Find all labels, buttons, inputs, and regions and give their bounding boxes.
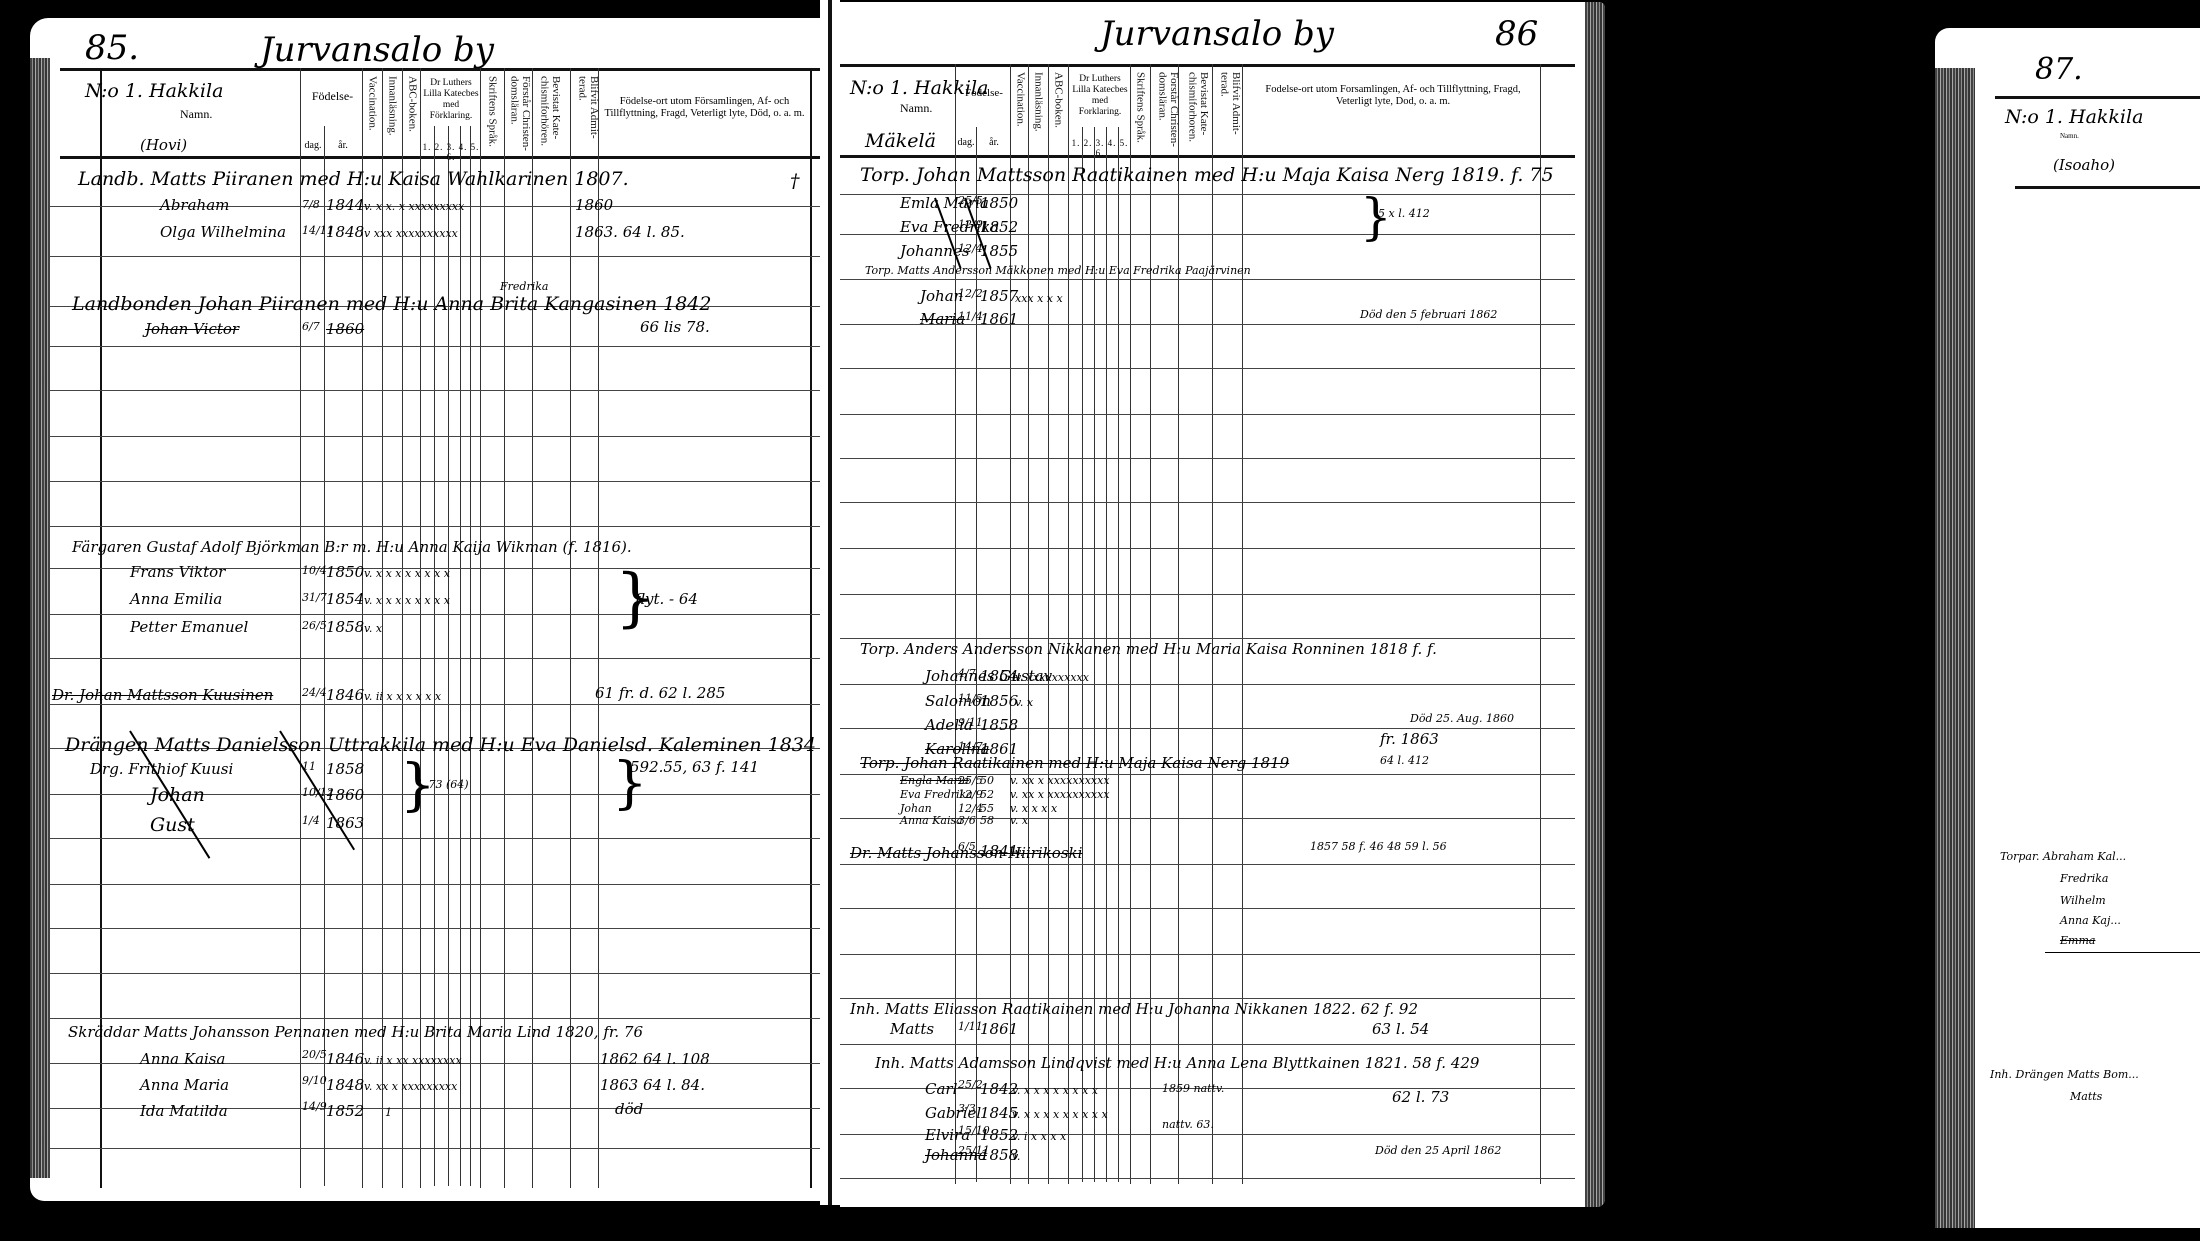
- birth-day: 14/9: [302, 1100, 327, 1113]
- header-admitterad: Blifvit Admit-terad.: [1218, 72, 1241, 152]
- birth-day: 3/3: [958, 1102, 976, 1115]
- entry-head: Drängen Matts Danielsson Uttrakkila med …: [65, 734, 816, 756]
- house-name: N:o 1. Hakkila: [85, 80, 223, 102]
- exam-marks: v. xxxxxxxxxx: [1015, 671, 1089, 684]
- birth-year: 1861: [980, 1020, 1018, 1038]
- entry-note: 61 fr. d. 62 l. 285: [595, 684, 725, 702]
- exam-marks: v xxx xxxxxxxxxx: [364, 227, 458, 240]
- row-rule: [50, 1148, 820, 1149]
- entry-note: död: [615, 1100, 643, 1118]
- header-forstar: Forstår Christen-domsläran.: [1156, 72, 1179, 152]
- birth-year: 1861: [980, 310, 1018, 328]
- row-rule: [50, 481, 820, 482]
- header-fodelseort: Fodelse-ort utom Forsamlingen, Af- och T…: [1248, 84, 1538, 108]
- row-rule: [50, 1018, 820, 1019]
- birth-year: 1858: [326, 760, 364, 778]
- header-ar: år.: [978, 137, 1010, 149]
- exam-marks: v. x: [1015, 696, 1033, 709]
- exam-marks: v. xx x xxxxxxxxxx: [1010, 774, 1110, 787]
- entry-head: Torp. Anders Andersson Nikkanen med H:u …: [860, 640, 1437, 658]
- page-number: 85.: [85, 28, 139, 68]
- birth-day: 1/4: [302, 814, 320, 827]
- birth-year: 1857: [980, 287, 1018, 305]
- row-rule: [840, 502, 1575, 503]
- entry-name: Wilhelm: [2060, 894, 2106, 907]
- page-number: 87.: [2035, 52, 2083, 87]
- exam-marks: v. x x x x x x x x: [364, 594, 450, 607]
- row-rule: [50, 526, 820, 527]
- entry-head: Torp. Johan Raatikainen med H:u Maja Kai…: [860, 754, 1289, 772]
- col-line: [570, 68, 571, 1188]
- house-subname: (Hovi): [140, 136, 187, 154]
- header-skrift: Skriftens Språk.: [1134, 72, 1146, 152]
- entry-note: 64 l. 412: [1380, 754, 1429, 767]
- birth-year: 1848: [326, 223, 364, 241]
- entry-name: Johan: [150, 784, 205, 806]
- row-rule: [50, 390, 820, 391]
- house-subname: Mäkelä: [865, 130, 936, 152]
- birth-day: 7/8: [302, 198, 320, 211]
- birth-year: 1854: [326, 590, 364, 608]
- header-ar: år.: [326, 140, 360, 152]
- header-bottom-rule: [2015, 186, 2200, 189]
- entry-note: 1860: [575, 196, 613, 214]
- entry-name: Emma: [2060, 934, 2095, 947]
- entry-note: 66 lis 78.: [640, 318, 710, 336]
- header-skrift: Skriftens Språk.: [486, 76, 498, 154]
- brace-note: 5 x l. 412: [1378, 207, 1430, 220]
- book-gutter: [820, 0, 840, 1205]
- entry-note: 1863 64 l. 84.: [600, 1076, 705, 1094]
- house-subname: (Isoaho): [2053, 156, 2115, 174]
- birth-day: 14/7: [958, 740, 983, 753]
- left-page-85: 85. Jurvansalo by N:o 1. Hakkila Namn. (…: [30, 18, 820, 1201]
- entry-head: Landb. Matts Piiranen med H:u Kaisa Wahl…: [78, 168, 629, 190]
- birth-day: 6/7: [302, 320, 320, 333]
- birth-day: 12/9: [958, 218, 983, 231]
- header-rule: [840, 64, 1575, 67]
- birth-day: 24/4: [302, 686, 327, 699]
- row-rule: [840, 998, 1575, 999]
- birth-year: 1860: [326, 786, 364, 804]
- page-edge: [1935, 68, 1975, 1228]
- birth-year: 1850: [326, 563, 364, 581]
- entry-note: Död 25. Aug. 1860: [1410, 712, 1514, 725]
- birth-year: 1844: [326, 196, 364, 214]
- birth-year: 50: [980, 774, 994, 787]
- col-line: [504, 68, 505, 1188]
- header-katekes: Dr Luthers Lilla Katecbes med Förklaring…: [422, 78, 480, 122]
- entry-head: Inh. Matts Adamsson Lindqvist med H:u An…: [875, 1054, 1479, 1072]
- death-mark: †: [790, 170, 800, 192]
- birth-year: 1856: [980, 692, 1018, 710]
- header-fodelse: Födelse-: [305, 90, 360, 104]
- entry-note-above: Fredrika: [500, 280, 548, 293]
- exam-marks: v. i x x x x: [1012, 1130, 1066, 1143]
- header-namn: Namn.: [900, 102, 932, 116]
- header-vaccination: Vaccination.: [366, 76, 378, 154]
- birth-day: 11/4: [958, 310, 983, 323]
- entry-head: Inh. Matts Eliasson Raatikainen med H:u …: [850, 1000, 1418, 1018]
- entry-subname: Matts: [890, 1020, 934, 1038]
- page-number: 86: [1495, 14, 1538, 54]
- exam-marks: v. x: [1010, 814, 1028, 827]
- exam-marks: v. x x x x x x x x: [1012, 1084, 1098, 1097]
- col-line: [300, 68, 301, 1188]
- row-rule: [50, 838, 820, 839]
- birth-year: 1852: [980, 218, 1018, 236]
- header-katekes-nums: 1. 2. 3. 4. 5. 6.: [1070, 138, 1130, 159]
- entry-name: Johan Victor: [145, 320, 239, 338]
- birth-day: 20/5: [302, 1048, 327, 1061]
- exam-marks: v.: [1012, 1150, 1020, 1163]
- entry-head: Torp. Johan Mattsson Raatikainen med H:u…: [860, 164, 1554, 186]
- page-edge: [30, 58, 50, 1178]
- entry-name: Anna Kaisa: [900, 814, 963, 827]
- header-dag: dag.: [956, 137, 976, 149]
- entry-name: Matts: [2070, 1090, 2102, 1103]
- entry-name: Fredrika: [2060, 872, 2108, 885]
- birth-year: 1858: [326, 618, 364, 636]
- exam-marks: 1: [385, 1106, 392, 1119]
- header-bottom-rule: [840, 155, 1575, 158]
- header-fodelseort: Födelse-ort utom Församlingen, Af- och T…: [602, 96, 807, 120]
- exam-marks: v. ii x xx xxxxxxxx: [364, 1054, 462, 1067]
- header-abc: ABC-boken.: [406, 76, 418, 154]
- row-rule: [50, 884, 820, 885]
- birth-day: 12/2: [958, 287, 983, 300]
- header-rule: [60, 68, 820, 71]
- entry-note: Död den 5 februari 1862: [1360, 308, 1497, 321]
- birth-day: 26/5: [302, 619, 327, 632]
- entry-name: Anna Kaisa: [140, 1050, 225, 1068]
- entry-note: flyt. - 64: [635, 590, 698, 608]
- row-rule: [50, 704, 820, 705]
- entry-name: Anna Kaj...: [2060, 914, 2121, 927]
- row-rule: [840, 1044, 1575, 1045]
- entry-note: 592.55, 63 f. 141: [630, 758, 759, 776]
- birth-year: 1852: [326, 1102, 364, 1120]
- row-rule: [840, 414, 1575, 415]
- row-rule: [50, 614, 820, 615]
- birth-day: 9/11: [958, 716, 983, 729]
- row-rule: [50, 973, 820, 974]
- birth-year: 1846: [326, 1050, 364, 1068]
- row-rule: [840, 279, 1575, 280]
- row-rule: [840, 864, 1575, 865]
- entry-head: Skräddar Matts Johansson Pennanen med H:…: [68, 1023, 643, 1041]
- row-rule: [840, 368, 1575, 369]
- entry-head: Landbonden Johan Piiranen med H:u Anna B…: [72, 293, 711, 315]
- birth-day: 11/5: [958, 692, 983, 705]
- birth-day: 1/11: [958, 1020, 983, 1033]
- col-line: [532, 68, 533, 1188]
- entry-head: Inh. Drängen Matts Bom...: [1990, 1068, 2139, 1081]
- header-bevistat: Bevistat Kate-chismiforhören.: [538, 76, 561, 154]
- entry-name: Ida Matilda: [140, 1102, 228, 1120]
- header-abc: ABC-boken.: [1052, 72, 1064, 152]
- entry-name: Drg. Frithiof Kuusi: [90, 760, 233, 778]
- col-line: [810, 68, 812, 1188]
- entry-note: Död den 25 April 1862: [1375, 1144, 1501, 1157]
- exam-marks: v. x x. x xxxxxxxxx: [364, 200, 464, 213]
- exam-marks: v. x x x x x x x x x: [1012, 1108, 1108, 1121]
- entry-head: Torpar. Abraham Kal...: [2000, 850, 2126, 863]
- exam-marks: v. x x x x x x x x: [364, 567, 450, 580]
- row-rule: [840, 638, 1575, 639]
- row-rule: [50, 928, 820, 929]
- birth-day: 6/5: [958, 840, 976, 853]
- entry-note: 1859 nattv.: [1162, 1082, 1224, 1095]
- entry-name: Olga Wilhelmina: [160, 223, 286, 241]
- entry-name: Anna Maria: [140, 1076, 229, 1094]
- birth-day: 12/9: [958, 788, 983, 801]
- exam-marks: xxx x x x: [1015, 292, 1063, 305]
- right-page-86: Jurvansalo by 86 N:o 1. Hakkila Namn. Mä…: [840, 2, 1605, 1207]
- row-rule: [50, 436, 820, 437]
- row-rule: [50, 346, 820, 347]
- exam-marks: v.: [1015, 846, 1023, 859]
- birth-year: 1848: [326, 1076, 364, 1094]
- header-rule: [1995, 96, 2200, 99]
- header-vaccination: Vaccination.: [1014, 72, 1026, 152]
- entry-note: 1857 58 f. 46 48 59 l. 56: [1310, 840, 1447, 853]
- birth-day: 12/4: [958, 242, 983, 255]
- row-rule: [2045, 952, 2200, 953]
- entry-head: Färgaren Gustaf Adolf Björkman B:r m. H:…: [72, 538, 632, 556]
- entry-head: Torp. Matts Andersson Mäkkonen med H:u E…: [865, 264, 1251, 277]
- row-rule: [840, 458, 1575, 459]
- birth-day: 25/5: [958, 774, 983, 787]
- birth-day: 25/5: [958, 194, 983, 207]
- entry-note: 1862 64 l. 108: [600, 1050, 710, 1068]
- village-title: Jurvansalo by: [1100, 14, 1334, 54]
- header-forstar: Förstår Christen-domsläran.: [508, 76, 531, 154]
- birth-year: 1860: [326, 320, 364, 338]
- row-rule: [840, 548, 1575, 549]
- row-rule: [50, 658, 820, 659]
- header-innanlasning: Innanläsning.: [1032, 72, 1044, 152]
- brace-note: l. 73 (64): [418, 778, 469, 791]
- page-edge: [1585, 2, 1605, 1207]
- header-dag: dag.: [302, 140, 324, 152]
- row-rule: [840, 1178, 1575, 1179]
- entry-name: Anna Emilia: [130, 590, 222, 608]
- row-rule: [840, 594, 1575, 595]
- birth-year: 58: [980, 814, 994, 827]
- header-katekes: Dr Luthers Lilla Katecbes med Forklaring…: [1070, 74, 1130, 118]
- col-line: [1540, 64, 1541, 1184]
- entry-note: fr. 1863: [1380, 730, 1439, 748]
- partial-page-87: 87. N:o 1. Hakkila Namn. (Isoaho) Torpar…: [1935, 28, 2200, 1228]
- birth-day: 9/10: [302, 1074, 327, 1087]
- entry-name: Dr. Johan Mattsson Kuusinen: [52, 686, 273, 704]
- house-name: N:o 1. Hakkila: [2005, 106, 2143, 128]
- birth-day: 25/2: [958, 1078, 983, 1091]
- exam-marks: v. ii x x x x x x: [364, 690, 441, 703]
- header-fodelse: Fodelse-: [958, 87, 1010, 100]
- birth-year: 1841: [980, 842, 1018, 860]
- birth-year: 1854: [980, 667, 1018, 685]
- birth-year: 1846: [326, 686, 364, 704]
- village-title: Jurvansalo by: [260, 30, 494, 70]
- row-rule: [840, 908, 1575, 909]
- birth-day: 10/4: [302, 564, 327, 577]
- birth-day: 4/7: [958, 667, 976, 680]
- entry-note: 1863. 64 l. 85.: [575, 223, 685, 241]
- entry-name: Petter Emanuel: [130, 618, 248, 636]
- row-rule: [50, 256, 820, 257]
- col-line: [100, 68, 102, 1188]
- entry-note: nattv. 63.: [1162, 1118, 1214, 1131]
- exam-marks: v. x: [364, 622, 382, 635]
- entry-name: Carl: [925, 1080, 957, 1098]
- header-admitterad: Blifvit Admit-terad.: [576, 76, 599, 154]
- entry-name: Abraham: [160, 196, 229, 214]
- row-rule: [840, 954, 1575, 955]
- header-katekes-nums: 1. 2. 3. 4. 5. 6.: [422, 142, 480, 163]
- header-namn: Namn.: [180, 108, 212, 122]
- entry-note: 62 l. 73: [1392, 1088, 1449, 1106]
- birth-year: 1850: [980, 194, 1018, 212]
- col-line: [480, 68, 481, 1188]
- birth-year: 52: [980, 788, 994, 801]
- birth-day: 3/6: [958, 814, 976, 827]
- exam-marks: v. xx x xxxxxxxxx: [364, 1080, 457, 1093]
- header-namn: Namn.: [2060, 132, 2079, 140]
- header-innanlasning: Innanläsning.: [386, 76, 398, 154]
- entry-name: Johan: [920, 287, 963, 305]
- fold-line: [828, 0, 832, 1205]
- header-bevistat: Bevistat Kate-chismiforhoren.: [1186, 72, 1209, 152]
- birth-day: 31/7: [302, 591, 327, 604]
- exam-marks: v. xx x xxxxxxxxxx: [1010, 788, 1110, 801]
- entry-note: 63 l. 54: [1372, 1020, 1429, 1038]
- entry-name: Frans Viktor: [130, 563, 225, 581]
- birth-year: 1858: [980, 716, 1018, 734]
